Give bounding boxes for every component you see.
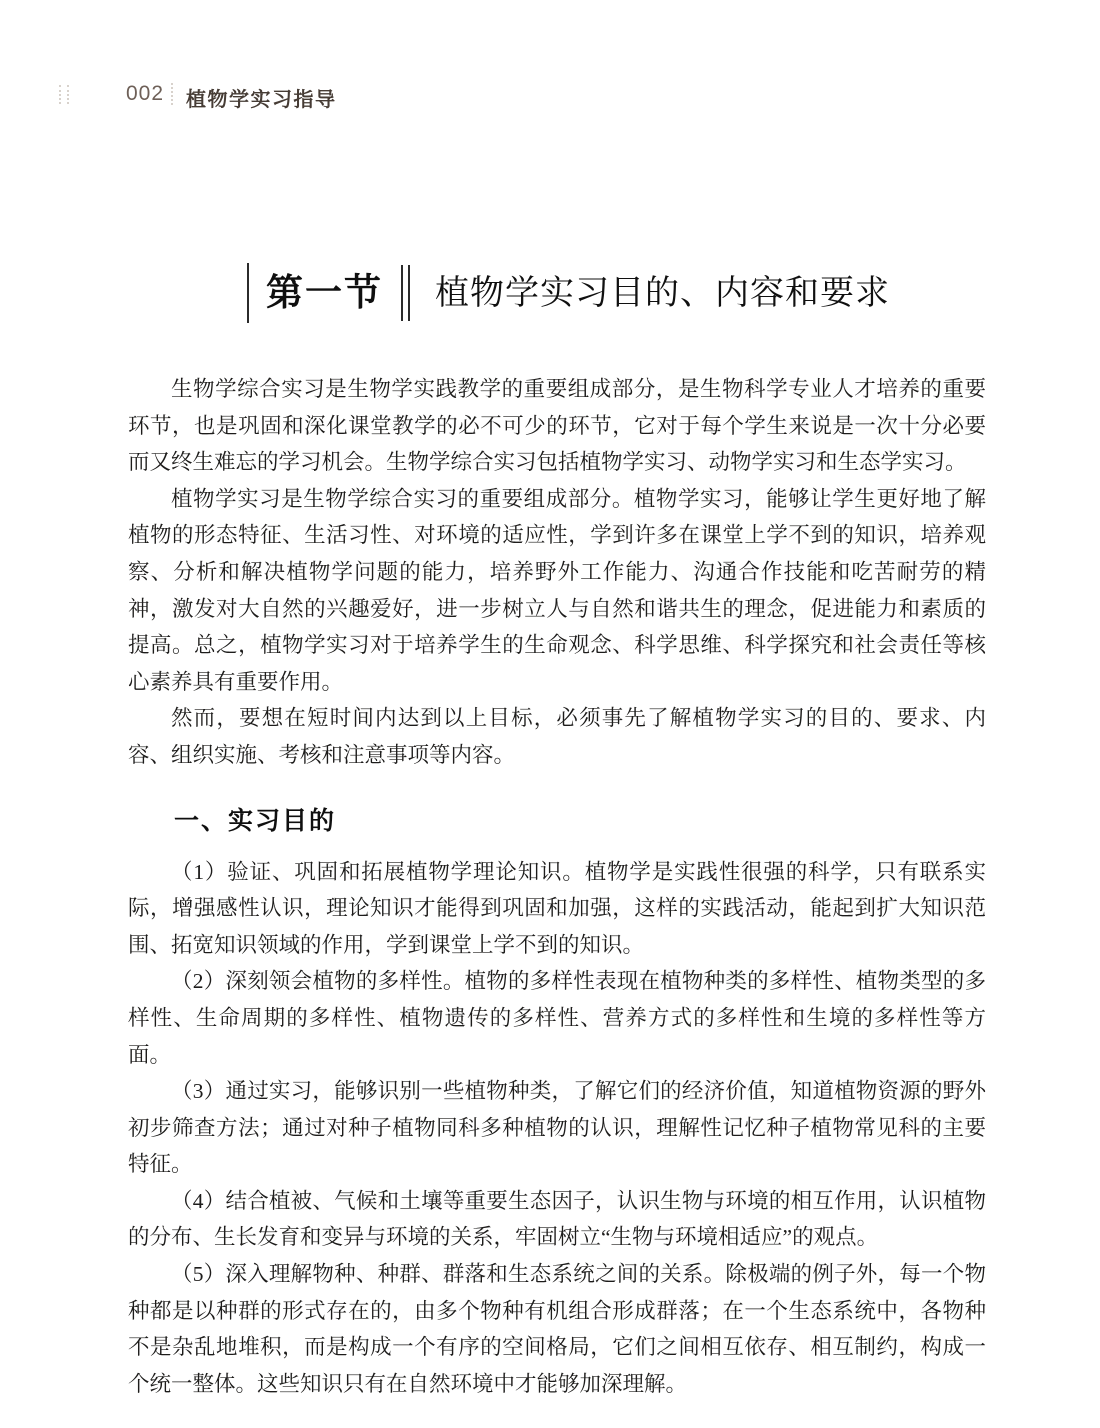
section-title-block: 第一节 植物学实习目的、内容和要求 — [247, 263, 890, 323]
list-item: （3）通过实习，能够识别一些植物种类，了解它们的经济价值，知道植物资源的野外初步… — [128, 1073, 986, 1183]
list-item: （4）结合植被、气候和土壤等重要生态因子，认识生物与环境的相互作用，认识植物的分… — [128, 1183, 986, 1256]
section-left-rule — [247, 263, 249, 323]
subsection-heading: 一、实习目的 — [128, 805, 986, 837]
edge-dotted-mark — [59, 85, 69, 104]
paragraph: 然而，要想在短时间内达到以上目标，必须事先了解植物学实习的目的、要求、内容、组织… — [128, 700, 986, 773]
section-double-rule — [401, 265, 410, 321]
page-header: 002 植物学实习指导 — [0, 82, 1100, 108]
page-number: 002 — [126, 82, 164, 106]
book-title: 植物学实习指导 — [186, 83, 337, 112]
section-title: 植物学实习目的、内容和要求 — [435, 263, 890, 323]
header-divider — [171, 83, 173, 105]
body-text: 生物学综合实习是生物学实践教学的重要组成部分，是生物科学专业人才培养的重要环节，… — [128, 371, 986, 1402]
book-page: 002 植物学实习指导 第一节 植物学实习目的、内容和要求 生物学综合实习是生物… — [0, 0, 1100, 1428]
list-item: （1）验证、巩固和拓展植物学理论知识。植物学是实践性很强的科学，只有联系实际，增… — [128, 854, 986, 964]
paragraph: 生物学综合实习是生物学实践教学的重要组成部分，是生物科学专业人才培养的重要环节，… — [128, 371, 986, 481]
section-label: 第一节 — [266, 263, 383, 323]
list-item: （2）深刻领会植物的多样性。植物的多样性表现在植物种类的多样性、植物类型的多样性… — [128, 963, 986, 1073]
list-item: （5）深入理解物种、种群、群落和生态系统之间的关系。除极端的例子外，每一个物种都… — [128, 1256, 986, 1402]
paragraph: 植物学实习是生物学综合实习的重要组成部分。植物学实习，能够让学生更好地了解植物的… — [128, 481, 986, 701]
